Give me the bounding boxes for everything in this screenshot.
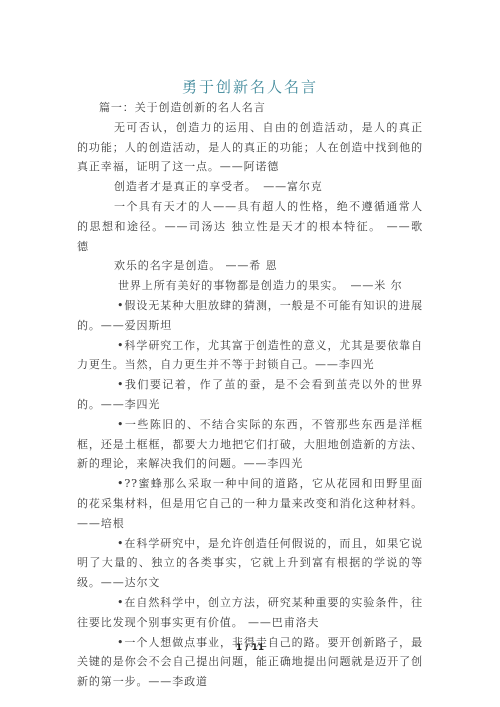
paragraph: 一个具有天才的人——具有超人的性格，绝不遵循通常人的思想和途径。——司汤达 独立… (77, 197, 423, 256)
bullet-quote: •科学研究工作，尤其富于创造性的意义，尤其是要依靠自力更生。当然，自力更生并不等… (77, 336, 423, 376)
paragraph: 欢乐的名字是创造。 ——希 恩 (77, 256, 423, 276)
paragraph: 世界上所有美好的事物都是创造力的果实。 ——米 尔 (77, 276, 423, 296)
paragraph: 无可否认，创造力的运用、自由的创造活动，是人的真正的功能；人的创造活动，是人的真… (77, 118, 423, 177)
bullet-quote: •一个人想做点事业，非得走自己的路。要开创新路子，最关键的是你会不会自己提出问题… (77, 633, 423, 692)
paragraph: 创造者才是真正的享受者。 ——富尔克 (77, 177, 423, 197)
bullet-quote: •在科学研究中，是允许创造任何假说的，而且，如果它说明了大量的、独立的各类事实，… (77, 534, 423, 593)
document-page: 勇于创新名人名言 篇一：关于创造创新的名人名言 无可否认，创造力的运用、自由的创… (0, 0, 500, 707)
document-body: 篇一：关于创造创新的名人名言 无可否认，创造力的运用、自由的创造活动，是人的真正… (77, 98, 423, 692)
bullet-quote: •假设无某种大胆放肆的猜测，一般是不可能有知识的进展的。——爱因斯坦 (77, 296, 423, 336)
section-heading: 篇一：关于创造创新的名人名言 (77, 98, 423, 118)
page-number: 1 / 11 (0, 643, 500, 653)
bullet-quote: •我们要记着，作了茧的蚕，是不会看到茧壳以外的世界的。——李四光 (77, 375, 423, 415)
document-title: 勇于创新名人名言 (0, 76, 500, 97)
bullet-quote: •在自然科学中，创立方法，研究某种重要的实验条件，往往要比发现个别事实更有价值。… (77, 593, 423, 633)
bullet-quote: •??蜜蜂那么采取一种中间的道路，它从花园和田野里面的花采集材料，但是用它自己的… (77, 474, 423, 533)
bullet-quote: •一些陈旧的、不结合实际的东西，不管那些东西是洋框框，还是土框框，都要大力地把它… (77, 415, 423, 474)
